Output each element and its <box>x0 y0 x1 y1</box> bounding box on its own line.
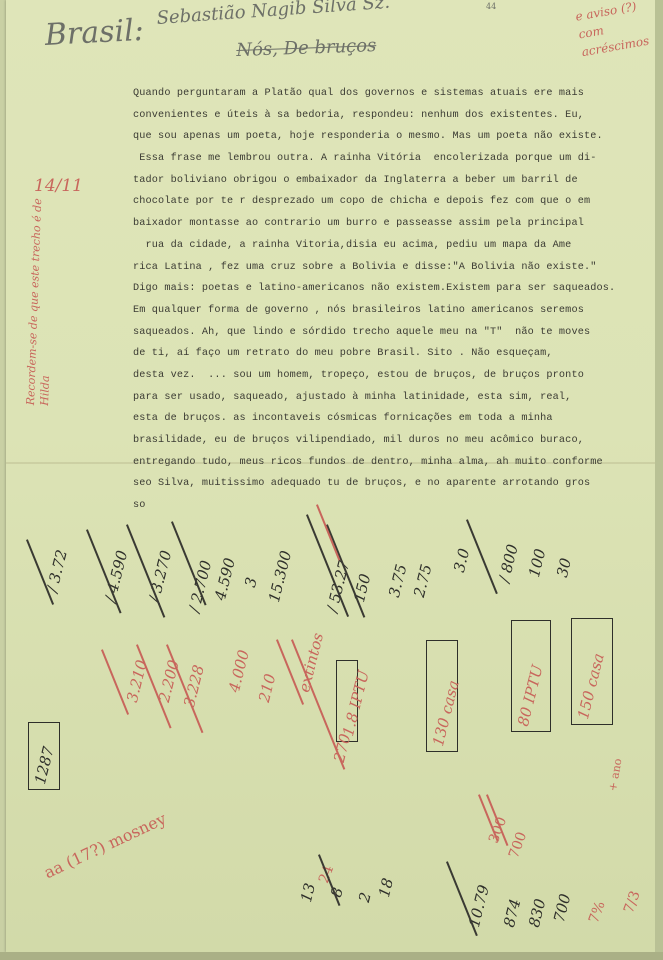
typed-text-body: Quando perguntaram a Platão qual dos gov… <box>133 83 653 517</box>
figure-column: 4.590 <box>212 556 239 602</box>
right-red-note: + ano <box>606 758 625 793</box>
figure-column: 100 <box>526 547 549 579</box>
paper-edge-bottom <box>0 952 663 960</box>
typed-line: para ser usado, saqueado, ajustado à min… <box>133 387 653 409</box>
typed-line: que sou apenas um poeta, hoje responderi… <box>133 126 653 148</box>
figure-column: 3.75 <box>386 563 411 600</box>
paper-edge <box>655 0 663 960</box>
typed-line: de ti, aí faço um retrato do meu pobre B… <box>133 343 653 365</box>
red-figure: 210 <box>256 672 279 704</box>
lower-figure: 18 <box>376 876 397 899</box>
handwritten-title: Brasil: <box>44 13 145 53</box>
figure-column: 15.300 <box>266 549 295 604</box>
lower-figure: 830 <box>526 897 549 929</box>
typed-line: brasilidade, eu de bruços vilipendiado, … <box>133 430 653 452</box>
red-lower-figure: 7/3 <box>621 889 644 916</box>
typed-line: rica Latina , fez uma cruz sobre a Boliv… <box>133 257 653 279</box>
lower-figure: 700 <box>551 892 574 924</box>
typed-line: rua da cidade, a rainha Vitoria,disia eu… <box>133 235 653 257</box>
typed-line: entregando tudo, meus ricos fundos de de… <box>133 452 653 474</box>
figure-column: 2.75 <box>411 563 436 600</box>
figure-column: 30 <box>554 556 575 579</box>
typed-line: Em qualquer forma de governo , nós brasi… <box>133 300 653 322</box>
typed-line: seo Silva, muitissimo adequado tu de bru… <box>133 473 653 495</box>
typed-line: esta de bruços. as incontaveis cósmicas … <box>133 408 653 430</box>
corner-red-note: e aviso (?) com acréscimos <box>574 0 663 61</box>
typed-line: Quando perguntaram a Platão qual dos gov… <box>133 83 653 105</box>
figure-column: / 3.270 <box>146 549 175 604</box>
margin-vertical-note: Recordem-se de que este trecho é de Hild… <box>24 165 60 406</box>
figure-column: 3 <box>242 576 261 589</box>
red-lower-figure: 700 <box>506 830 530 861</box>
typed-line: tador boliviano obrigou o embaixador da … <box>133 170 653 192</box>
figure-column: 150 <box>351 572 374 604</box>
struck-subtitle: Nós, De bruços <box>236 35 377 61</box>
red-figure: 3.228 <box>181 663 208 709</box>
typed-line: chocolate por te r desprezado um copo de… <box>133 191 653 213</box>
red-figure: 3.210 <box>124 658 151 704</box>
lower-figure: 13 <box>298 881 319 904</box>
manuscript-page: Brasil: Sebastião Nagib Silva Sz. Nós, D… <box>6 0 656 952</box>
red-lower-figure: 7% <box>586 899 609 925</box>
lower-figure: 874 <box>501 897 524 929</box>
lower-figure: 2 <box>356 891 375 904</box>
red-figure: 4.000 <box>226 648 253 694</box>
figure-column: / 800 <box>496 543 522 584</box>
figure-column: 3.0 <box>451 547 473 574</box>
typed-line: convenientes e úteis à sa bedoria, respo… <box>133 105 653 127</box>
figure-column: / 3.72 <box>44 548 71 594</box>
red-lower-figure: aa (17?) mosney <box>41 809 169 882</box>
strike-line <box>101 649 129 714</box>
red-figure: 2.200 <box>156 658 183 704</box>
typed-line: baixador montasse ao contrario um burro … <box>133 213 653 235</box>
handwritten-author-name: Sebastião Nagib Silva Sz. <box>156 0 391 29</box>
typed-line: Essa frase me lembrou outra. A rainha Vi… <box>133 148 653 170</box>
typed-line: so <box>133 495 653 517</box>
typed-line: saqueados. Ah, que lindo e sórdido trech… <box>133 322 653 344</box>
page-mark: 44 <box>486 2 496 11</box>
typed-line: desta vez. ... sou um homem, tropeço, es… <box>133 365 653 387</box>
typed-line: Digo mais: poetas e latino-americanos nã… <box>133 278 653 300</box>
